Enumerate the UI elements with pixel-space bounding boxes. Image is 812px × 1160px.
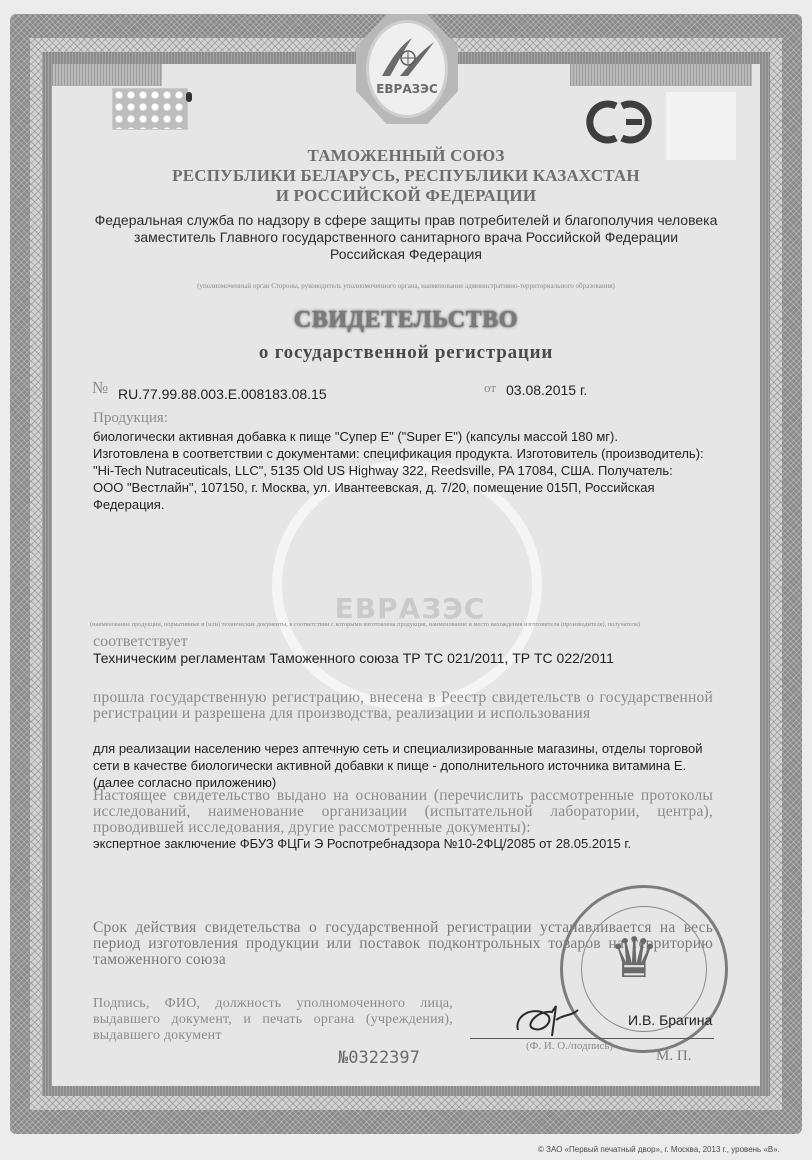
registration-date: 03.08.2015 г. [506, 382, 587, 398]
authority-caption: (уполномоченный орган Стороны, руководит… [80, 282, 732, 291]
header-line-2: РЕСПУБЛИКИ БЕЛАРУСЬ, РЕСПУБЛИКИ КАЗАХСТА… [100, 166, 712, 186]
signature-icon [512, 996, 582, 1042]
header-line-1: ТАМОЖЕННЫЙ СОЮЗ [100, 146, 712, 166]
product-line-1: биологически активная добавка к пище "Су… [93, 428, 753, 445]
russian-eagle-icon: ♛ [609, 928, 659, 988]
eurasec-emblem: ЕВРАЗЭС [356, 14, 458, 124]
certificate-page: ЕВРАЗЭС ТАМОЖЕННЫЙ СОЮЗ РЕСПУБЛИКИ БЕЛАР… [0, 0, 812, 1160]
date-label: от [484, 380, 496, 396]
document-title: СВИДЕТЕЛЬСТВО [100, 307, 712, 334]
document-subtitle: о государственной регистрации [100, 342, 712, 364]
basis-text: Настоящее свидетельство выдано на основа… [93, 788, 713, 836]
printer-imprint: © ЗАО «Первый печатный двор», г. Москва,… [538, 1145, 780, 1154]
signer-name: И.В. Брагина [628, 1012, 712, 1028]
seal-label: М. П. [656, 1048, 691, 1065]
signer-caption: (Ф. И. О./подпись) [526, 1040, 613, 1052]
product-line-2: Изготовлена в соответствии с документами… [93, 445, 773, 462]
decorative-strip [570, 64, 752, 86]
emblem-label: ЕВРАЗЭС [356, 82, 458, 96]
product-line-3: "Hi-Tech Nutraceuticals, LLC", 5135 Old … [93, 462, 773, 479]
usage-line-2: сети в качестве биологически активной до… [93, 757, 773, 774]
watermark-ring [272, 460, 542, 710]
product-label: Продукция: [93, 410, 168, 427]
usage-line-1: для реализации населению через аптечную … [93, 740, 773, 757]
registration-number: RU.77.99.88.003.E.008183.08.15 [118, 386, 327, 402]
number-label: № [92, 378, 108, 398]
signature-line [470, 1038, 714, 1039]
authority-line-3: Российская Федерация [80, 246, 732, 263]
conformity-value: Техническим регламентам Таможенного союз… [93, 650, 614, 666]
authority-line-1: Федеральная служба по надзору в сфере за… [80, 212, 732, 229]
product-line-4: ООО "Вестлайн", 107150, г. Москва, ул. И… [93, 479, 773, 496]
header-line-3: И РОССИЙСКОЙ ФЕДЕРАЦИИ [100, 186, 712, 206]
hologram-sticker [112, 88, 188, 130]
signature-block-label: Подпись, ФИО, должность уполномоченного … [93, 996, 453, 1044]
basis-value: экспертное заключение ФБУЗ ФЦГи Э Роспот… [93, 836, 631, 851]
authority-line-2: заместитель Главного государственного са… [80, 229, 732, 246]
decorative-strip [52, 64, 162, 86]
conformity-mark-icon [582, 98, 656, 146]
product-line-5: Федерация. [93, 496, 164, 513]
ink-mark [186, 92, 192, 102]
registration-statement: прошла государственную регистрацию, внес… [93, 690, 713, 722]
product-caption: (наименование продукции, нормативные и (… [90, 620, 730, 629]
eurasec-emblem-icon [378, 34, 436, 80]
conformity-label: соответствует [93, 633, 188, 651]
form-number: №0322397 [338, 1048, 420, 1068]
